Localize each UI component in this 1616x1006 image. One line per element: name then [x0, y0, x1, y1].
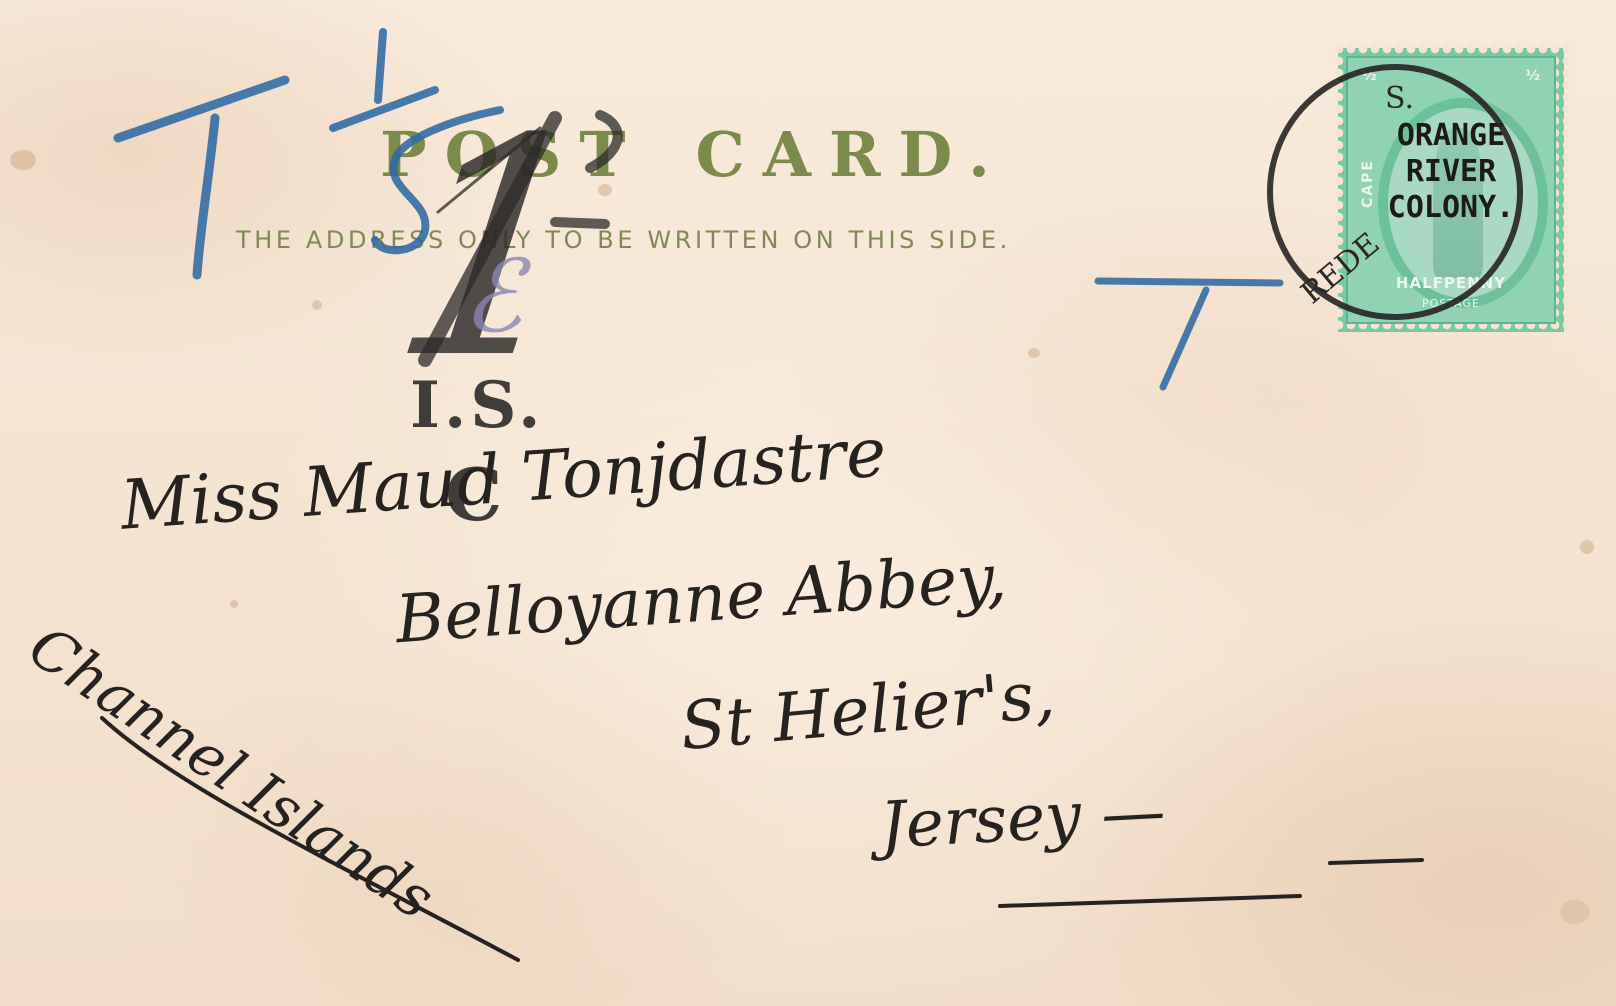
jersey-dash [1330, 860, 1422, 863]
overprint-line: COLONY. [1348, 190, 1554, 226]
jersey-underline [1000, 896, 1300, 906]
stamp-value-right: ½ [1526, 68, 1541, 84]
foxing-spot [10, 150, 36, 170]
overprint-line: ORANGE [1348, 118, 1554, 154]
foxing-spot [230, 600, 238, 608]
address-line-abbey: Belloyanne Abbey, [393, 539, 1009, 658]
blue-tax-mark-right [1098, 281, 1280, 387]
address-line-island: Jersey — [878, 775, 1167, 864]
stamp-frame: ½ ½ CAPE HALFPENNY POSTAGE ORANGE RIVER … [1346, 56, 1556, 324]
postage-stamp: ½ ½ CAPE HALFPENNY POSTAGE ORANGE RIVER … [1338, 48, 1564, 332]
stamp-overprint: ORANGE RIVER COLONY. [1348, 118, 1554, 226]
foxing-spot [312, 300, 322, 310]
foxing-spot [1028, 348, 1040, 358]
title-card: CARD. [696, 118, 1008, 191]
foxing-spot [1580, 540, 1594, 554]
violet-initial: ℰ [462, 238, 523, 355]
stamp-denomination: HALFPENNY [1348, 274, 1554, 292]
stamp-postage-label: POSTAGE [1348, 297, 1554, 310]
postcard: POSTCARD. THE ADDRESS ONLY TO BE WRITTEN… [0, 0, 1616, 1006]
overprint-line: RIVER [1348, 154, 1554, 190]
stamp-value-left: ½ [1362, 68, 1377, 84]
address-line-town: St Helier's, [677, 656, 1057, 765]
foxing-spot [1560, 900, 1590, 924]
card-subtitle: THE ADDRESS ONLY TO BE WRITTEN ON THIS S… [236, 226, 1011, 254]
is-handstamp: I.S. [410, 368, 544, 443]
address-side-note: Channel Islands [17, 612, 447, 933]
